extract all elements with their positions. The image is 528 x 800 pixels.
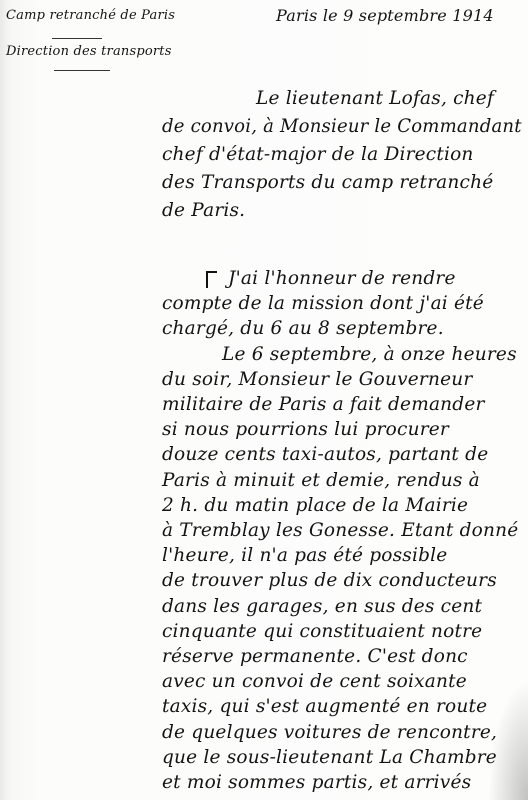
body-line: avec un convoi de cent soixante bbox=[162, 671, 467, 692]
body-line: J'ai l'honneur de rendre bbox=[228, 268, 456, 289]
dateline: Paris le 9 septembre 1914 bbox=[276, 6, 494, 25]
body-line: 2 h. du matin place de la Mairie bbox=[162, 495, 468, 516]
letterhead-line-1: Camp retranché de Paris bbox=[6, 8, 175, 23]
body-line: de quelques voitures de rencontre, bbox=[162, 722, 497, 743]
page-shadow bbox=[488, 680, 528, 800]
body-line: Paris à minuit et demie, rendus à bbox=[162, 470, 480, 491]
body-line: que le sous-lieutenant La Chambre bbox=[162, 747, 497, 768]
body-line: à Tremblay les Gonesse. Etant donné bbox=[162, 520, 518, 541]
body-line: de trouver plus de dix conducteurs bbox=[162, 570, 497, 591]
body-line: compte de la mission dont j'ai été bbox=[162, 293, 484, 314]
letterhead-underline-2 bbox=[54, 70, 110, 71]
address-line: des Transports du camp retranché bbox=[162, 172, 493, 193]
address-line: de convoi, à Monsieur le Commandant bbox=[162, 116, 522, 137]
body-line: dans les garages, en sus des cent bbox=[162, 596, 482, 617]
body-line: l'heure, il n'a pas été possible bbox=[162, 545, 447, 566]
bracket-mark bbox=[206, 271, 217, 288]
body-line: militaire de Paris a fait demander bbox=[162, 394, 485, 415]
body-line: si nous pourrions lui procurer bbox=[162, 419, 449, 440]
body-line: douze cents taxi-autos, partant de bbox=[162, 444, 488, 465]
address-line: Le lieutenant Lofas, chef bbox=[256, 88, 494, 109]
letter-page: Camp retranché de Paris Direction des tr… bbox=[0, 0, 528, 800]
body-line: du soir, Monsieur le Gouverneur bbox=[162, 369, 472, 390]
body-line: et moi sommes partis, et arrivés bbox=[162, 772, 471, 793]
letterhead-underline-1 bbox=[52, 38, 102, 39]
body-line: cinquante qui constituaient notre bbox=[162, 621, 482, 642]
address-line: chef d'état-major de la Direction bbox=[162, 144, 474, 165]
body-line: réserve permanente. C'est donc bbox=[162, 646, 468, 667]
body-line: taxis, qui s'est augmenté en route bbox=[162, 696, 487, 717]
body-line: Le 6 septembre, à onze heures bbox=[222, 344, 517, 365]
body-line: chargé, du 6 au 8 septembre. bbox=[162, 318, 444, 339]
address-line: de Paris. bbox=[162, 200, 245, 221]
letterhead-line-2: Direction des transports bbox=[6, 44, 172, 59]
